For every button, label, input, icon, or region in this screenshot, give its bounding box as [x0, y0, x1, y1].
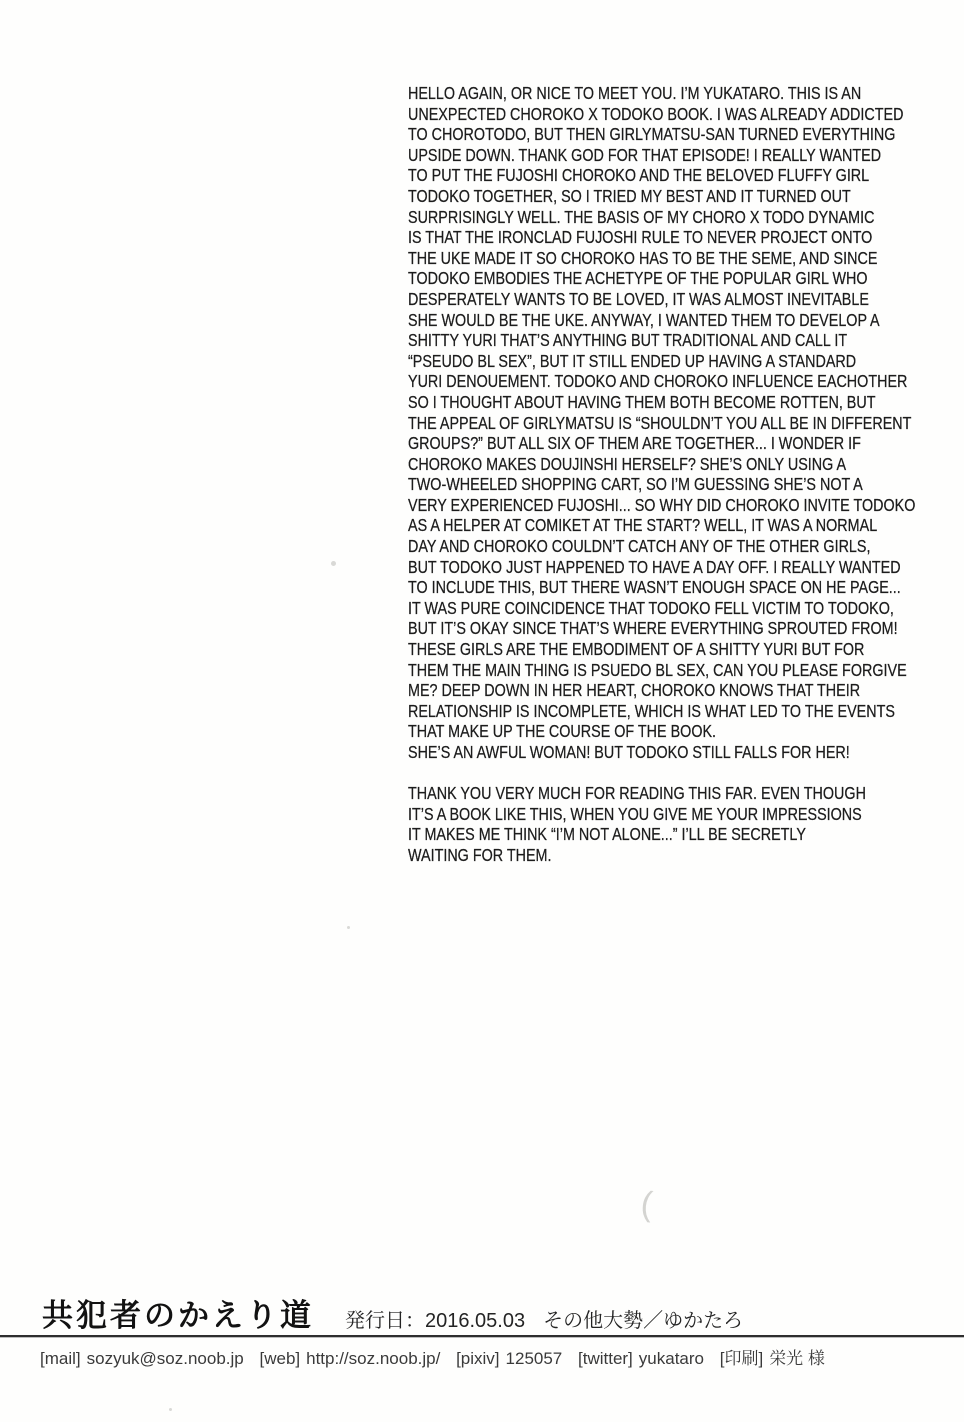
afterword-line: TODOKO TOGETHER, SO I TRIED MY BEST AND …: [408, 186, 945, 207]
scan-speck: [331, 561, 336, 566]
afterword-line: TWO-WHEELED SHOPPING CART, SO I’M GUESSI…: [408, 474, 945, 495]
contact-label: [pixiv]: [456, 1349, 499, 1368]
afterword-line: THANK YOU VERY MUCH FOR READING THIS FAR…: [408, 783, 945, 804]
afterword-text-block: HELLO AGAIN, OR NICE TO MEET YOU. I’M YU…: [408, 83, 945, 866]
afterword-line: SURPRISINGLY WELL. THE BASIS OF MY CHORO…: [408, 207, 945, 228]
afterword-line: IT’S A BOOK LIKE THIS, WHEN YOU GIVE ME …: [408, 804, 945, 825]
scan-speck: [347, 926, 350, 929]
afterword-line: THESE GIRLS ARE THE EMBODIMENT OF A SHIT…: [408, 639, 945, 660]
contact-label: [mail]: [40, 1349, 81, 1368]
afterword-line: TO PUT THE FUJOSHI CHOROKO AND THE BELOV…: [408, 165, 945, 186]
afterword-line: SHE WOULD BE THE UKE. ANYWAY, I WANTED T…: [408, 310, 945, 331]
afterword-line: AS A HELPER AT COMIKET AT THE START? WEL…: [408, 515, 945, 536]
publication-info: 発行日：2016.05.03その他大勢／ゆかたろ: [345, 1304, 743, 1333]
afterword-paragraph-2: THANK YOU VERY MUCH FOR READING THIS FAR…: [408, 783, 945, 865]
footer-divider: [0, 1335, 964, 1338]
afterword-line: IT MAKES ME THINK “I’M NOT ALONE...” I’L…: [408, 824, 945, 845]
contact-label: [web]: [259, 1349, 300, 1368]
circle-author-credit: その他大勢／ゆかたろ: [543, 1310, 743, 1332]
scanned-afterword-page: HELLO AGAIN, OR NICE TO MEET YOU. I’M YU…: [0, 0, 964, 1422]
contact-item-web: [web]http://soz.noob.jp/: [259, 1349, 440, 1368]
afterword-line: IS THAT THE IRONCLAD FUJOSHI RULE TO NEV…: [408, 227, 945, 248]
contact-item-twitter: [twitter]yukataro: [578, 1349, 704, 1368]
afterword-line: “PSEUDO BL SEX”, BUT IT STILL ENDED UP H…: [408, 351, 945, 372]
afterword-line: THE APPEAL OF GIRLYMATSU IS “SHOULDN’T Y…: [408, 413, 945, 434]
publication-date: 発行日：2016.05.03: [345, 1310, 525, 1332]
contact-value: yukataro: [639, 1349, 704, 1368]
contact-item-mail: [mail]sozyuk@soz.noob.jp: [40, 1349, 244, 1368]
afterword-line: BUT TODOKO JUST HAPPENED TO HAVE A DAY O…: [408, 557, 945, 578]
contact-value: 125057: [506, 1349, 563, 1368]
afterword-line: THE UKE MADE IT SO CHOROKO HAS TO BE THE…: [408, 248, 945, 269]
afterword-line: CHOROKO MAKES DOUJINSHI HERSELF? SHE’S O…: [408, 454, 945, 475]
afterword-line: UNEXPECTED CHOROKO X TODOKO BOOK. I WAS …: [408, 104, 945, 125]
afterword-paragraph-1: HELLO AGAIN, OR NICE TO MEET YOU. I’M YU…: [408, 83, 945, 763]
afterword-line: YURI DENOUEMENT. TODOKO AND CHOROKO INFL…: [408, 371, 945, 392]
afterword-line: THAT MAKE UP THE COURSE OF THE BOOK.: [408, 721, 945, 742]
afterword-line: TO INCLUDE THIS, BUT THERE WASN’T ENOUGH…: [408, 577, 945, 598]
afterword-line: ME? DEEP DOWN IN HER HEART, CHOROKO KNOW…: [408, 680, 945, 701]
afterword-line: HELLO AGAIN, OR NICE TO MEET YOU. I’M YU…: [408, 83, 945, 104]
afterword-line: IT WAS PURE COINCIDENCE THAT TODOKO FELL…: [408, 598, 945, 619]
afterword-line: UPSIDE DOWN. THANK GOD FOR THAT EPISODE!…: [408, 145, 945, 166]
contact-item-printer: [印刷]栄光 様: [720, 1349, 825, 1368]
contact-label: [twitter]: [578, 1349, 633, 1368]
afterword-line: DAY AND CHOROKO COULDN’T CATCH ANY OF TH…: [408, 536, 945, 557]
contact-item-pixiv: [pixiv]125057: [456, 1349, 562, 1368]
contact-label: [印刷]: [720, 1349, 763, 1368]
contact-info-row: [mail]sozyuk@soz.noob.jp [web]http://soz…: [40, 1344, 836, 1369]
afterword-line: WAITING FOR THEM.: [408, 845, 945, 866]
contact-value: sozyuk@soz.noob.jp: [87, 1349, 244, 1368]
afterword-line: DESPERATELY WANTS TO BE LOVED, IT WAS AL…: [408, 289, 945, 310]
afterword-line: SO I THOUGHT ABOUT HAVING THEM BOTH BECO…: [408, 392, 945, 413]
afterword-line: SHE’S AN AWFUL WOMAN! BUT TODOKO STILL F…: [408, 742, 945, 763]
afterword-line: VERY EXPERIENCED FUJOSHI... SO WHY DID C…: [408, 495, 945, 516]
afterword-line: BUT IT’S OKAY SINCE THAT’S WHERE EVERYTH…: [408, 618, 945, 639]
contact-value: 栄光 様: [769, 1349, 825, 1368]
afterword-line: SHITTY YURI THAT’S ANYTHING BUT TRADITIO…: [408, 330, 945, 351]
scan-speck: [169, 1408, 172, 1411]
afterword-line: TO CHOROTODO, BUT THEN GIRLYMATSU-SAN TU…: [408, 124, 945, 145]
scan-artifact-curve: (: [639, 1185, 654, 1225]
afterword-line: THEM THE MAIN THING IS PSUEDO BL SEX, CA…: [408, 660, 945, 681]
afterword-line: RELATIONSHIP IS INCOMPLETE, WHICH IS WHA…: [408, 701, 945, 722]
contact-value: http://soz.noob.jp/: [306, 1349, 440, 1368]
book-title: 共犯者のかえり道: [42, 1290, 314, 1335]
afterword-line: GROUPS?” BUT ALL SIX OF THEM ARE TOGETHE…: [408, 433, 945, 454]
afterword-line: TODOKO EMBODIES THE ACHETYPE OF THE POPU…: [408, 268, 945, 289]
